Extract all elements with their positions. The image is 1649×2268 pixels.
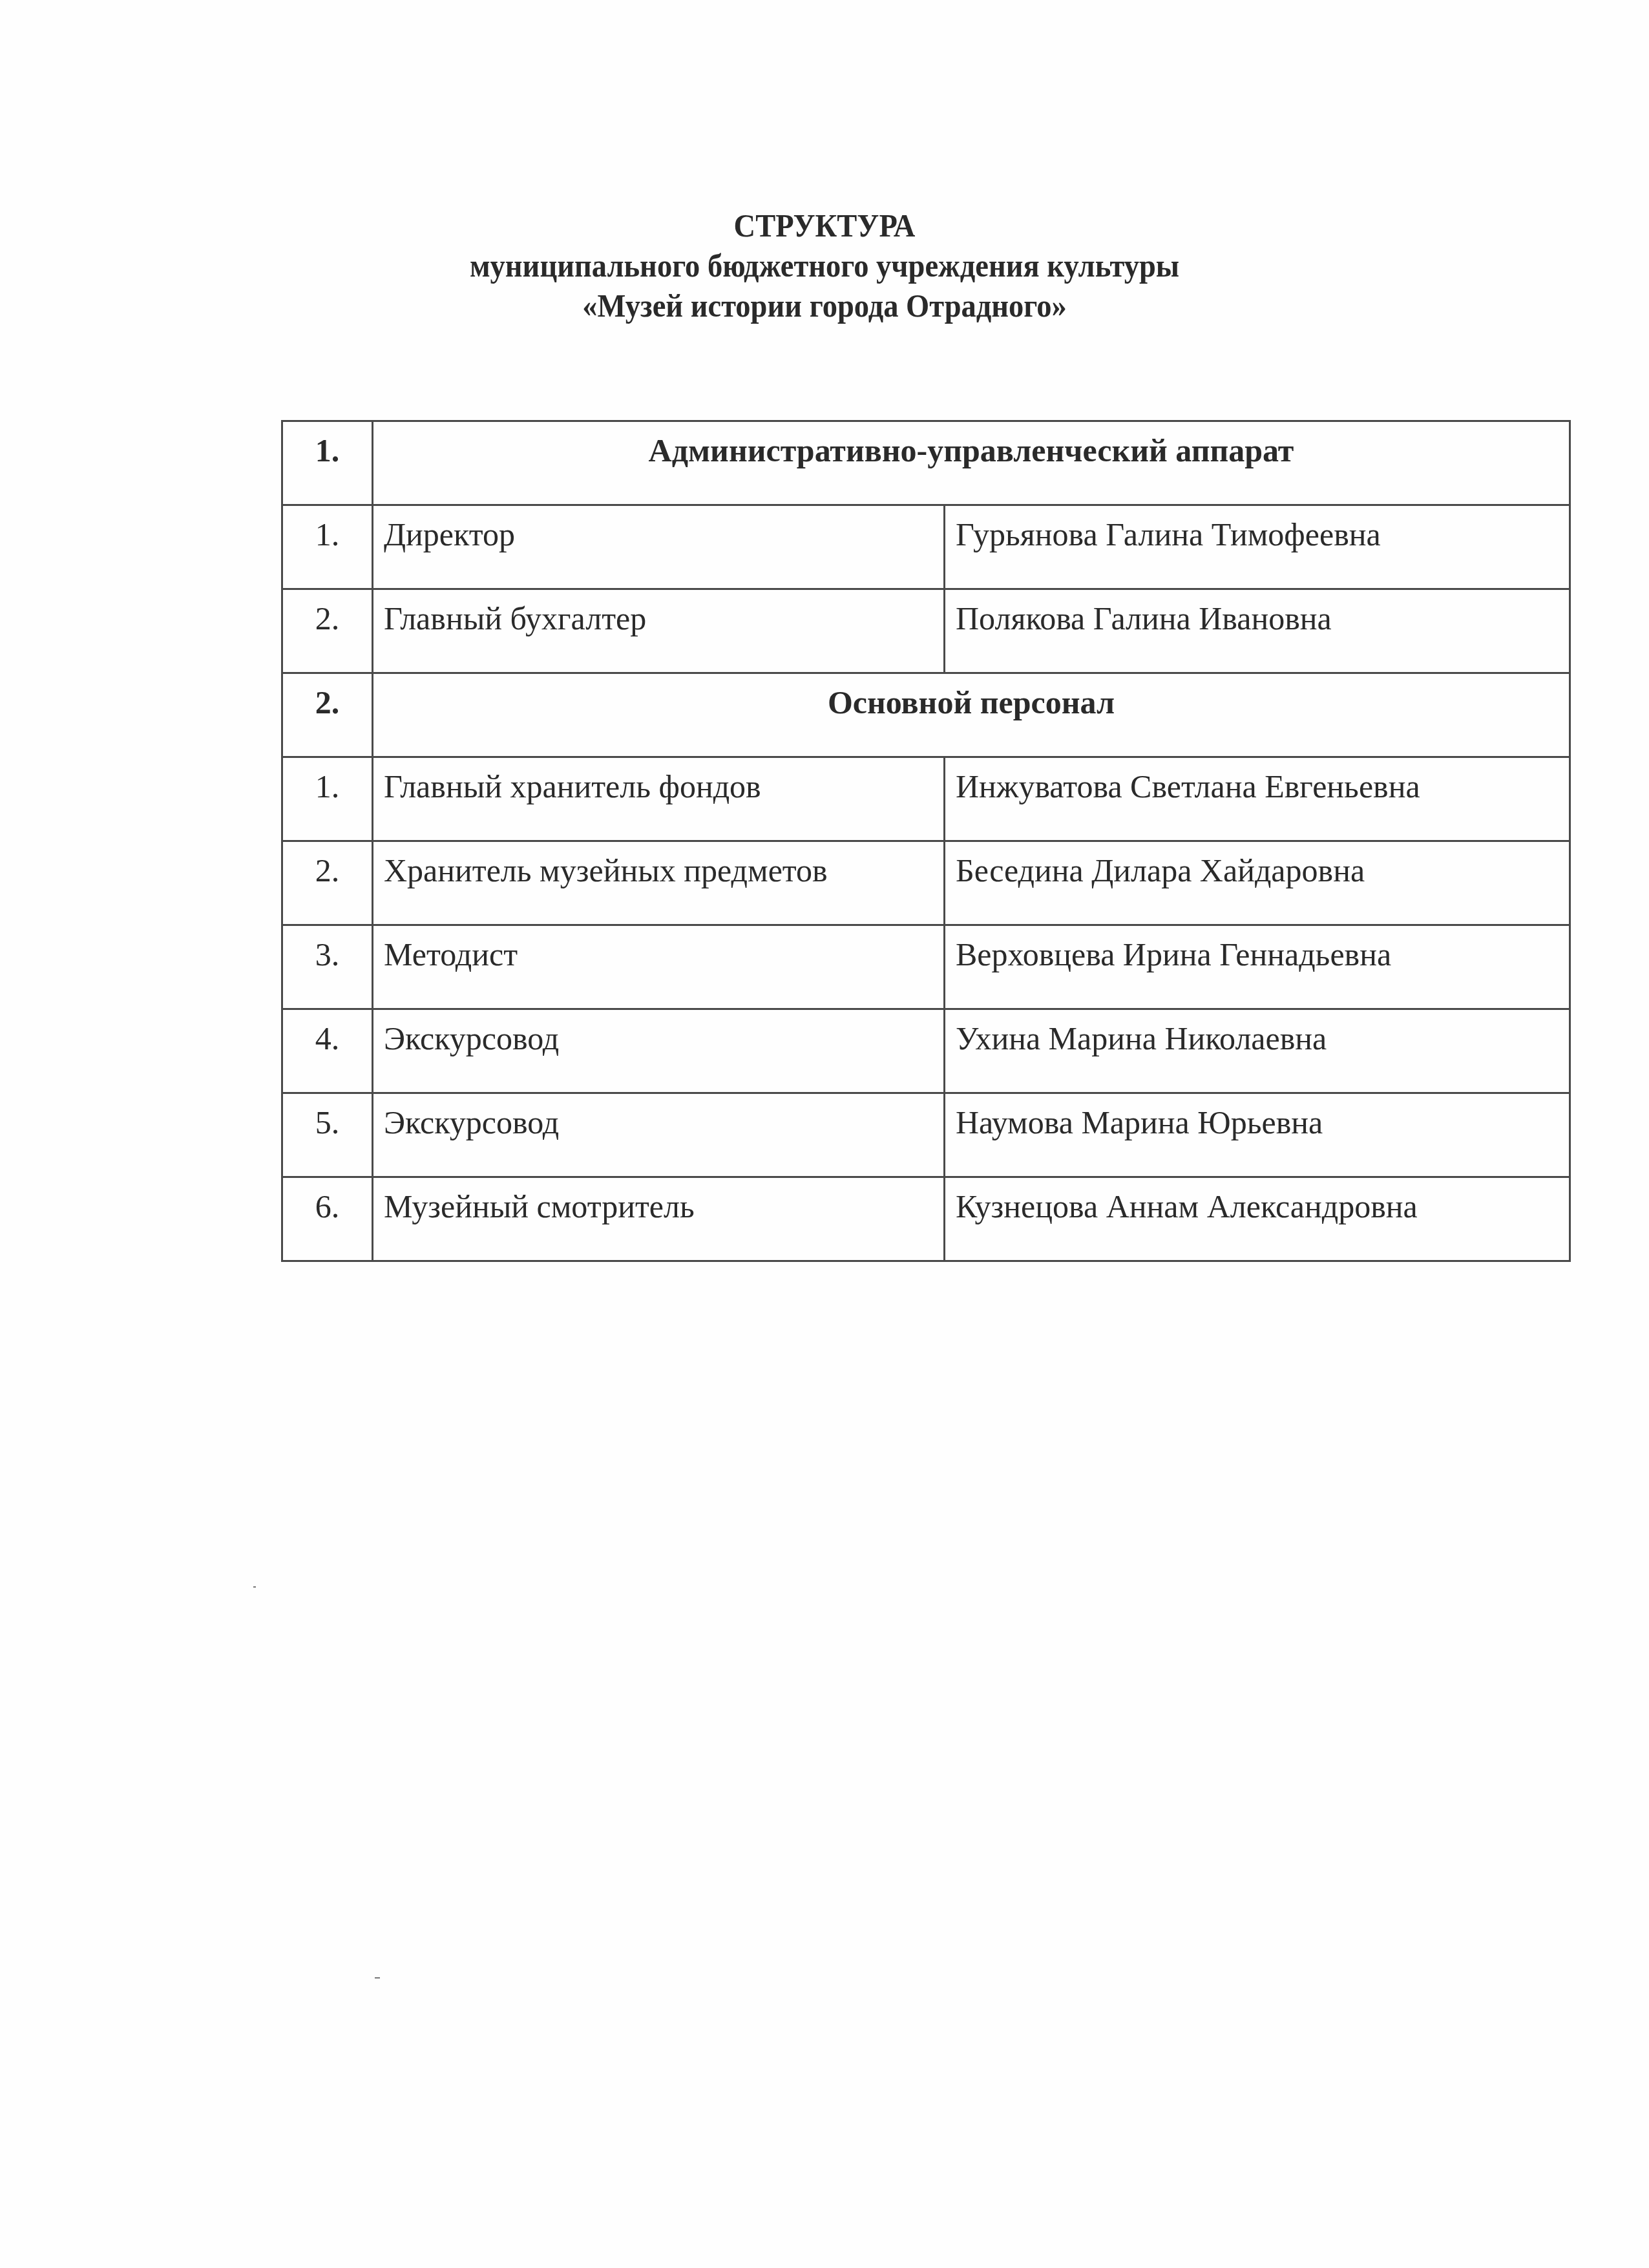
scan-speck bbox=[375, 1977, 380, 1979]
employee-name-cell: Верховцева Ирина Геннадьевна bbox=[945, 925, 1570, 1009]
section-number: 1. bbox=[282, 421, 373, 505]
position-cell: Хранитель музейных предметов bbox=[373, 841, 945, 925]
table-row: 1. Главный хранитель фондов Инжуватова С… bbox=[282, 757, 1570, 841]
row-number: 2. bbox=[282, 841, 373, 925]
position-cell: Экскурсовод bbox=[373, 1093, 945, 1177]
employee-name-cell: Кузнецова Аннам Александровна bbox=[945, 1177, 1570, 1261]
section-number: 2. bbox=[282, 673, 373, 757]
employee-name-cell: Беседина Дилара Хайдаровна bbox=[945, 841, 1570, 925]
employee-name-cell: Гурьянова Галина Тимофеевна bbox=[945, 505, 1570, 589]
table-row: 4. Экскурсовод Ухина Марина Николаевна bbox=[282, 1009, 1570, 1093]
row-number: 3. bbox=[282, 925, 373, 1009]
table-row: 6. Музейный смотритель Кузнецова Аннам А… bbox=[282, 1177, 1570, 1261]
row-number: 5. bbox=[282, 1093, 373, 1177]
employee-name-cell: Ухина Марина Николаевна bbox=[945, 1009, 1570, 1093]
employee-name-cell: Полякова Галина Ивановна bbox=[945, 589, 1570, 673]
table-row: 5. Экскурсовод Наумова Марина Юрьевна bbox=[282, 1093, 1570, 1177]
employee-name-cell: Наумова Марина Юрьевна bbox=[945, 1093, 1570, 1177]
employee-name-cell: Инжуватова Светлана Евгеньевна bbox=[945, 757, 1570, 841]
row-number: 1. bbox=[282, 757, 373, 841]
scan-speck bbox=[253, 1586, 256, 1588]
document-title-block: СТРУКТУРА муниципального бюджетного учре… bbox=[0, 205, 1649, 326]
document-title: СТРУКТУРА bbox=[58, 205, 1591, 246]
section-title: Основной персонал bbox=[373, 673, 1570, 757]
staff-structure-table: 1. Административно-управленческий аппара… bbox=[281, 420, 1571, 1262]
table-row: 2. Главный бухгалтер Полякова Галина Ива… bbox=[282, 589, 1570, 673]
position-cell: Главный бухгалтер bbox=[373, 589, 945, 673]
row-number: 4. bbox=[282, 1009, 373, 1093]
section-header-row: 2. Основной персонал bbox=[282, 673, 1570, 757]
position-cell: Методист bbox=[373, 925, 945, 1009]
row-number: 6. bbox=[282, 1177, 373, 1261]
row-number: 1. bbox=[282, 505, 373, 589]
section-header-row: 1. Административно-управленческий аппара… bbox=[282, 421, 1570, 505]
table-row: 1. Директор Гурьянова Галина Тимофеевна bbox=[282, 505, 1570, 589]
row-number: 2. bbox=[282, 589, 373, 673]
position-cell: Главный хранитель фондов bbox=[373, 757, 945, 841]
document-subtitle-museum: «Музей истории города Отрадного» bbox=[58, 286, 1591, 326]
table-row: 3. Методист Верховцева Ирина Геннадьевна bbox=[282, 925, 1570, 1009]
document-subtitle-organization: муниципального бюджетного учреждения кул… bbox=[58, 246, 1591, 286]
table-row: 2. Хранитель музейных предметов Беседина… bbox=[282, 841, 1570, 925]
position-cell: Экскурсовод bbox=[373, 1009, 945, 1093]
position-cell: Директор bbox=[373, 505, 945, 589]
section-title: Административно-управленческий аппарат bbox=[373, 421, 1570, 505]
position-cell: Музейный смотритель bbox=[373, 1177, 945, 1261]
